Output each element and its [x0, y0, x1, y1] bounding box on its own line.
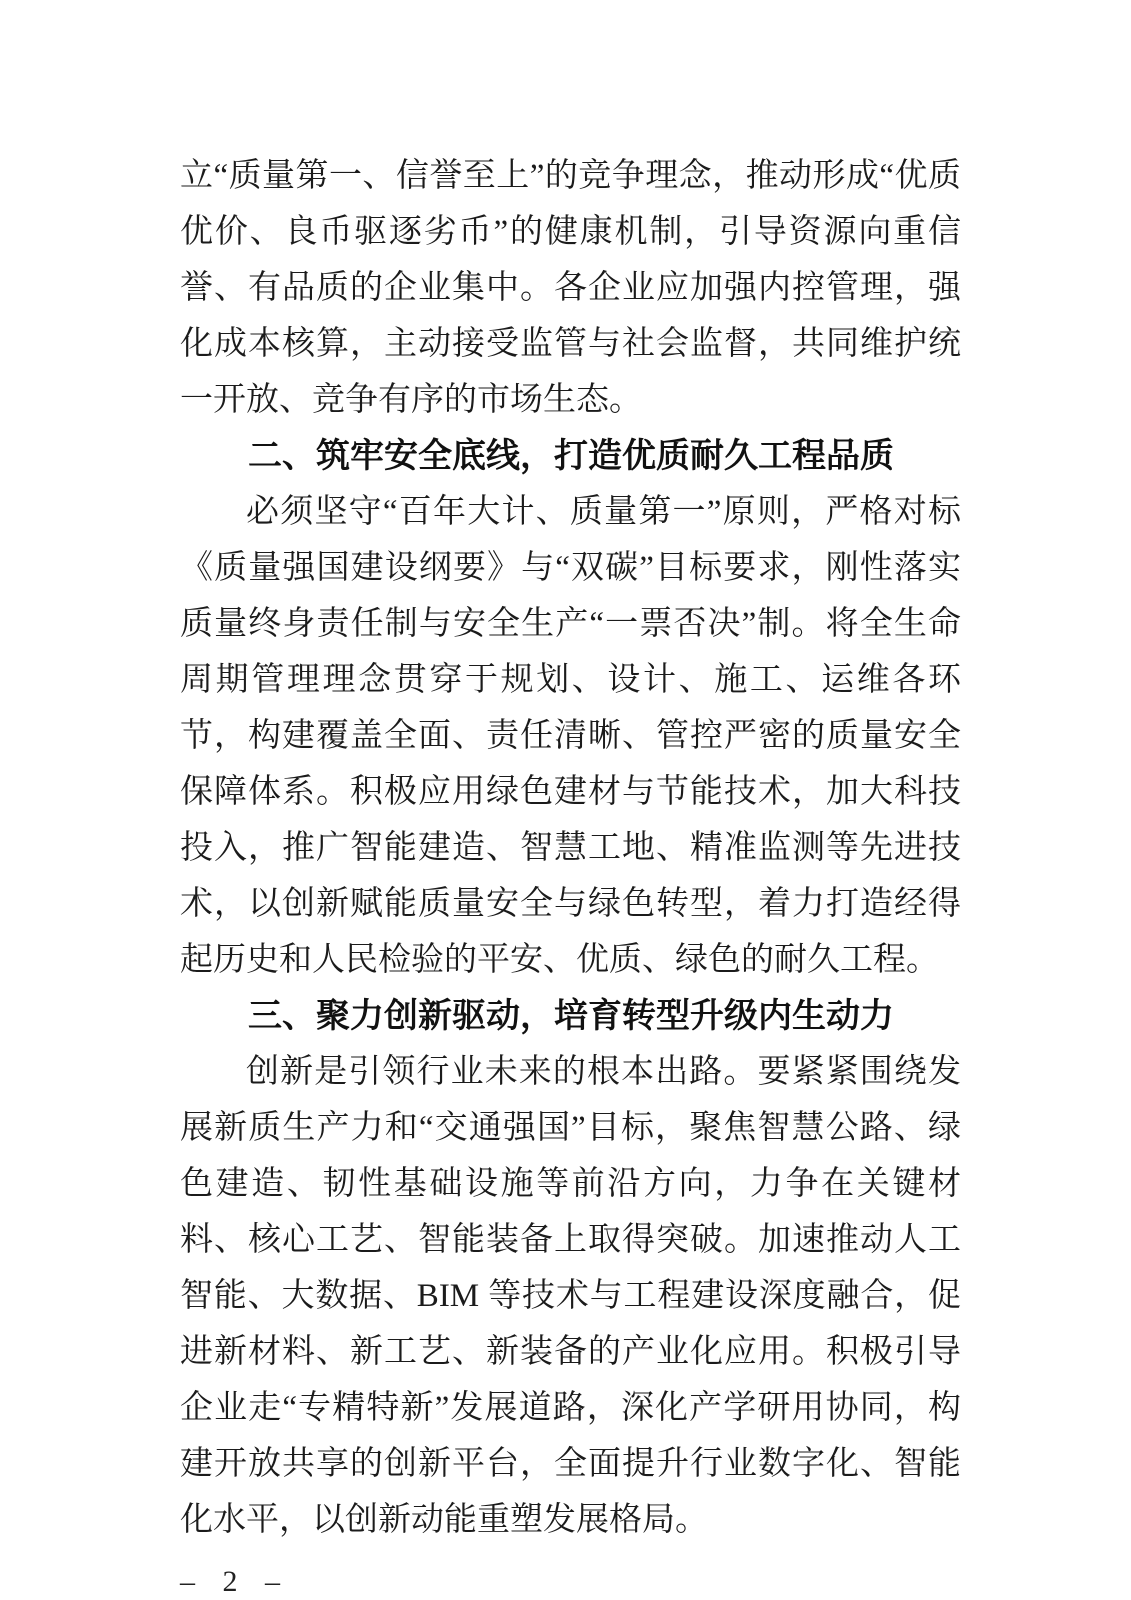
document-page: 立“质量第一、信誉至上”的竞争理念，推动形成“优质优价、良币驱逐劣币”的健康机制… — [0, 0, 1131, 1600]
section-heading-three-innovation: 三、聚力创新驱动，培育转型升级内生动力 — [180, 988, 961, 1044]
paragraph-safety-quality-body: 必须坚守“百年大计、质量第一”原则，严格对标《质量强国建设纲要》与“双碳”目标要… — [180, 484, 961, 988]
page-number: – 2 – — [180, 1562, 961, 1600]
paragraph-innovation-body: 创新是引领行业未来的根本出路。要紧紧围绕发展新质生产力和“交通强国”目标，聚焦智… — [180, 1044, 961, 1548]
document-body: 立“质量第一、信誉至上”的竞争理念，推动形成“优质优价、良币驱逐劣币”的健康机制… — [0, 0, 1131, 1600]
section-heading-two-safety-quality: 二、筑牢安全底线，打造优质耐久工程品质 — [180, 428, 961, 484]
paragraph-market-ecosystem-continuation: 立“质量第一、信誉至上”的竞争理念，推动形成“优质优价、良币驱逐劣币”的健康机制… — [180, 148, 961, 428]
